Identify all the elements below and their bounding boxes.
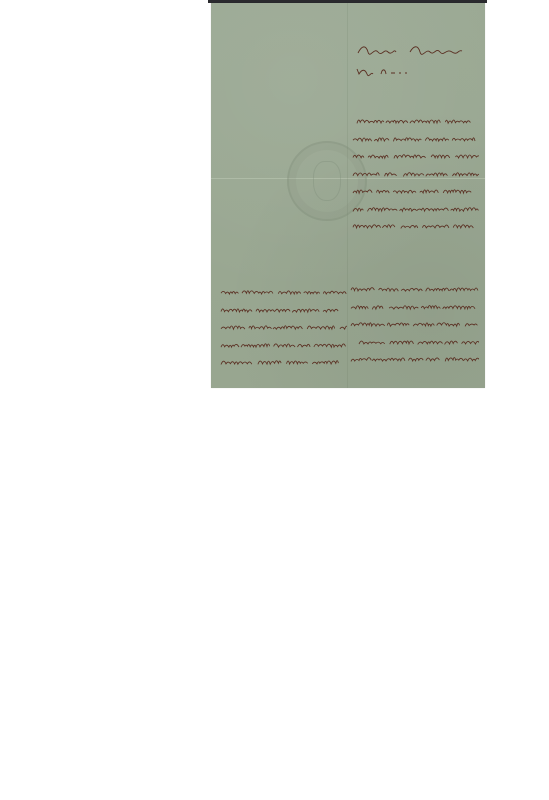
stamp-emblem-icon <box>313 161 341 201</box>
handwritten-line: [handwritten line 2 – illegible] <box>219 304 347 312</box>
manuscript-page: [handwritten heading – illegible] [date … <box>211 3 485 388</box>
handwritten-line: [handwritten line 5 – illegible] <box>351 185 479 193</box>
handwritten-line: [handwritten line 4 – illegible] <box>219 339 347 347</box>
handwritten-line: [handwritten line 3 – illegible] <box>349 318 479 326</box>
handwritten-line: [handwritten line 2 – illegible] <box>349 301 479 309</box>
handwritten-line: [handwritten line 3 – illegible] <box>219 321 347 329</box>
handwritten-line: [handwritten line 2 – illegible] <box>351 133 479 141</box>
handwritten-line: [handwritten line 4 – illegible] <box>351 168 479 176</box>
handwritten-line: [handwritten line 5 – illegible] <box>219 356 347 364</box>
handwritten-line: [handwritten line 1 – illegible] <box>219 286 347 294</box>
header-line-1: [handwritten heading – illegible] <box>356 43 466 51</box>
handwritten-line: [handwritten line 5 – illegible] <box>349 353 479 361</box>
header-line-2: [date line – illegible] … <box>355 65 415 73</box>
handwritten-line: [handwritten line 1 – illegible] <box>349 283 479 291</box>
handwritten-line: [handwritten line 4 – illegible] <box>357 336 479 344</box>
scan-canvas: [handwritten heading – illegible] [date … <box>0 0 549 800</box>
handwritten-line: [handwritten line 1 – illegible] <box>355 115 479 123</box>
handwritten-line: [handwritten line 6 – illegible] <box>351 203 479 211</box>
handwritten-line: [handwritten line 3 – illegible] <box>351 150 479 158</box>
handwritten-line: [handwritten line 7 – illegible] <box>351 220 479 228</box>
